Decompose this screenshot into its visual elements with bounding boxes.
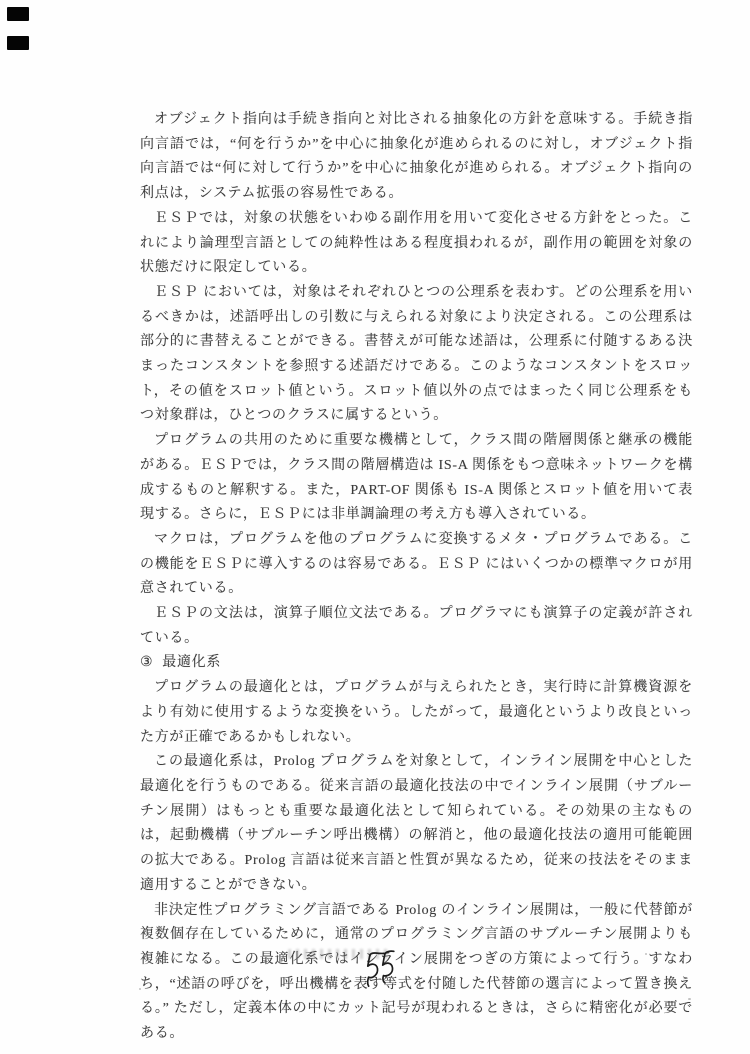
- paragraph-macros: マクロは，プログラムを他のプログラムに変換するメタ・プログラムである。この機能を…: [140, 528, 693, 602]
- paragraph-class-hierarchy: プログラムの共用のために重要な機構として，クラス間の階層関係と継承の機能がある。…: [140, 429, 693, 528]
- handwritten-page-number: [360, 944, 409, 993]
- scan-artifact-mark-bottom: [7, 36, 29, 50]
- section-number-circle-3: ③: [140, 651, 153, 676]
- body-text: オブジェクト指向は手続き指向と対比される抽象化の方針を意味する。手続き指向言語で…: [140, 108, 693, 1047]
- scan-speck: [139, 988, 141, 990]
- scan-speck: [150, 952, 152, 954]
- scan-speck: [688, 998, 691, 1000]
- paragraph-esp-side-effects: ＥＳＰでは，対象の状態をいわゆる副作用を用いて変化させる方針をとった。これにより…: [140, 207, 693, 281]
- section-title: 最適化系: [162, 651, 221, 676]
- paragraph-esp-grammar: ＥＳＰの文法は，演算子順位文法である。プログラマにも演算子の定義が許されている。: [140, 602, 693, 651]
- paragraph-axiom-systems: ＥＳＰ においては，対象はそれぞれひとつの公理系を表わす。どの公理系を用いるべき…: [140, 281, 693, 429]
- paragraph-inline-expansion: この最適化系は，Prolog プログラムを対象として，インライン展開を中心とした…: [140, 750, 693, 898]
- handwritten-55-strokes: [360, 944, 409, 993]
- scan-speck: [645, 953, 647, 955]
- paragraph-object-orientation: オブジェクト指向は手続き指向と対比される抽象化の方針を意味する。手続き指向言語で…: [140, 108, 693, 207]
- scanned-document-page: オブジェクト指向は手続き指向と対比される抽象化の方針を意味する。手続き指向言語で…: [0, 0, 750, 1054]
- paragraph-optimization-definition: プログラムの最適化とは，プログラムが与えられたとき，実行時に計算機資源をより有効…: [140, 676, 693, 750]
- paragraph-nondeterministic-prolog: 非決定性プログラミング言語である Prolog のインライン展開は，一般に代替節…: [140, 899, 693, 1047]
- section-heading: ③ 最適化系: [140, 651, 693, 676]
- scan-artifact-mark-top: [7, 7, 29, 21]
